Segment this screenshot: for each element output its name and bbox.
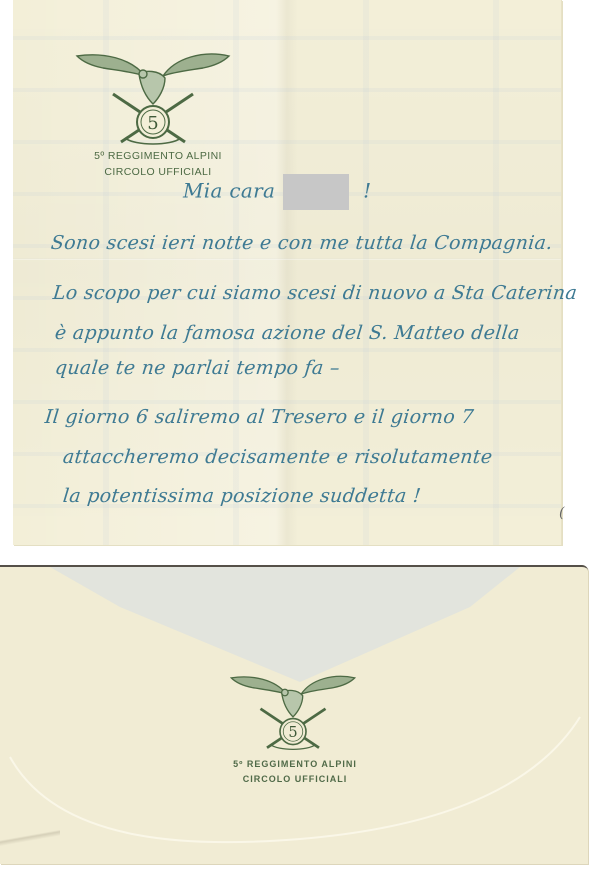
letterhead-regiment: 5º REGGIMENTO ALPINI — [230, 757, 360, 772]
letter-line: Il giorno 6 saliremo al Tresero e il gio… — [44, 406, 594, 428]
redacted-name-block — [283, 174, 349, 210]
letter-sheet: 5 5º REGGIMENTO ALPINI CIRCOLO UFFICIALI… — [13, 0, 562, 545]
margin-mark: ( — [559, 505, 564, 521]
letter-line: quale te ne parlai tempo fa – — [54, 357, 600, 379]
letter-line: attaccheremo decisamente e risolutamente — [62, 446, 600, 468]
envelope: 5 5º REGGIMENTO ALPINI CIRCOLO UFFICIALI — [0, 565, 588, 864]
salutation-prefix: Mia cara — [183, 179, 275, 203]
torn-corner — [0, 824, 60, 854]
letter-line: Sono scesi ieri notte e con me tutta la … — [50, 232, 600, 254]
salutation-suffix: ! — [363, 179, 371, 203]
crest-number: 5 — [288, 724, 297, 741]
letterhead-regiment: 5º REGGIMENTO ALPINI — [83, 148, 233, 164]
crest-number: 5 — [147, 113, 158, 134]
envelope-letterhead: 5º REGGIMENTO ALPINI CIRCOLO UFFICIALI — [230, 757, 360, 787]
letterhead-club: CIRCOLO UFFICIALI — [230, 772, 360, 787]
letter-line: la potentissima posizione suddetta ! — [62, 485, 600, 507]
letter-line: Lo scopo per cui siamo scesi di nuovo a … — [52, 282, 600, 304]
alpini-eagle-crest-icon: 5 — [73, 48, 233, 148]
alpini-eagle-crest-icon: 5 — [228, 667, 358, 757]
salutation: Mia cara! — [183, 174, 372, 210]
letter-line: è appunto la famosa azione del S. Matteo… — [54, 322, 600, 344]
paper-fold — [13, 258, 561, 260]
